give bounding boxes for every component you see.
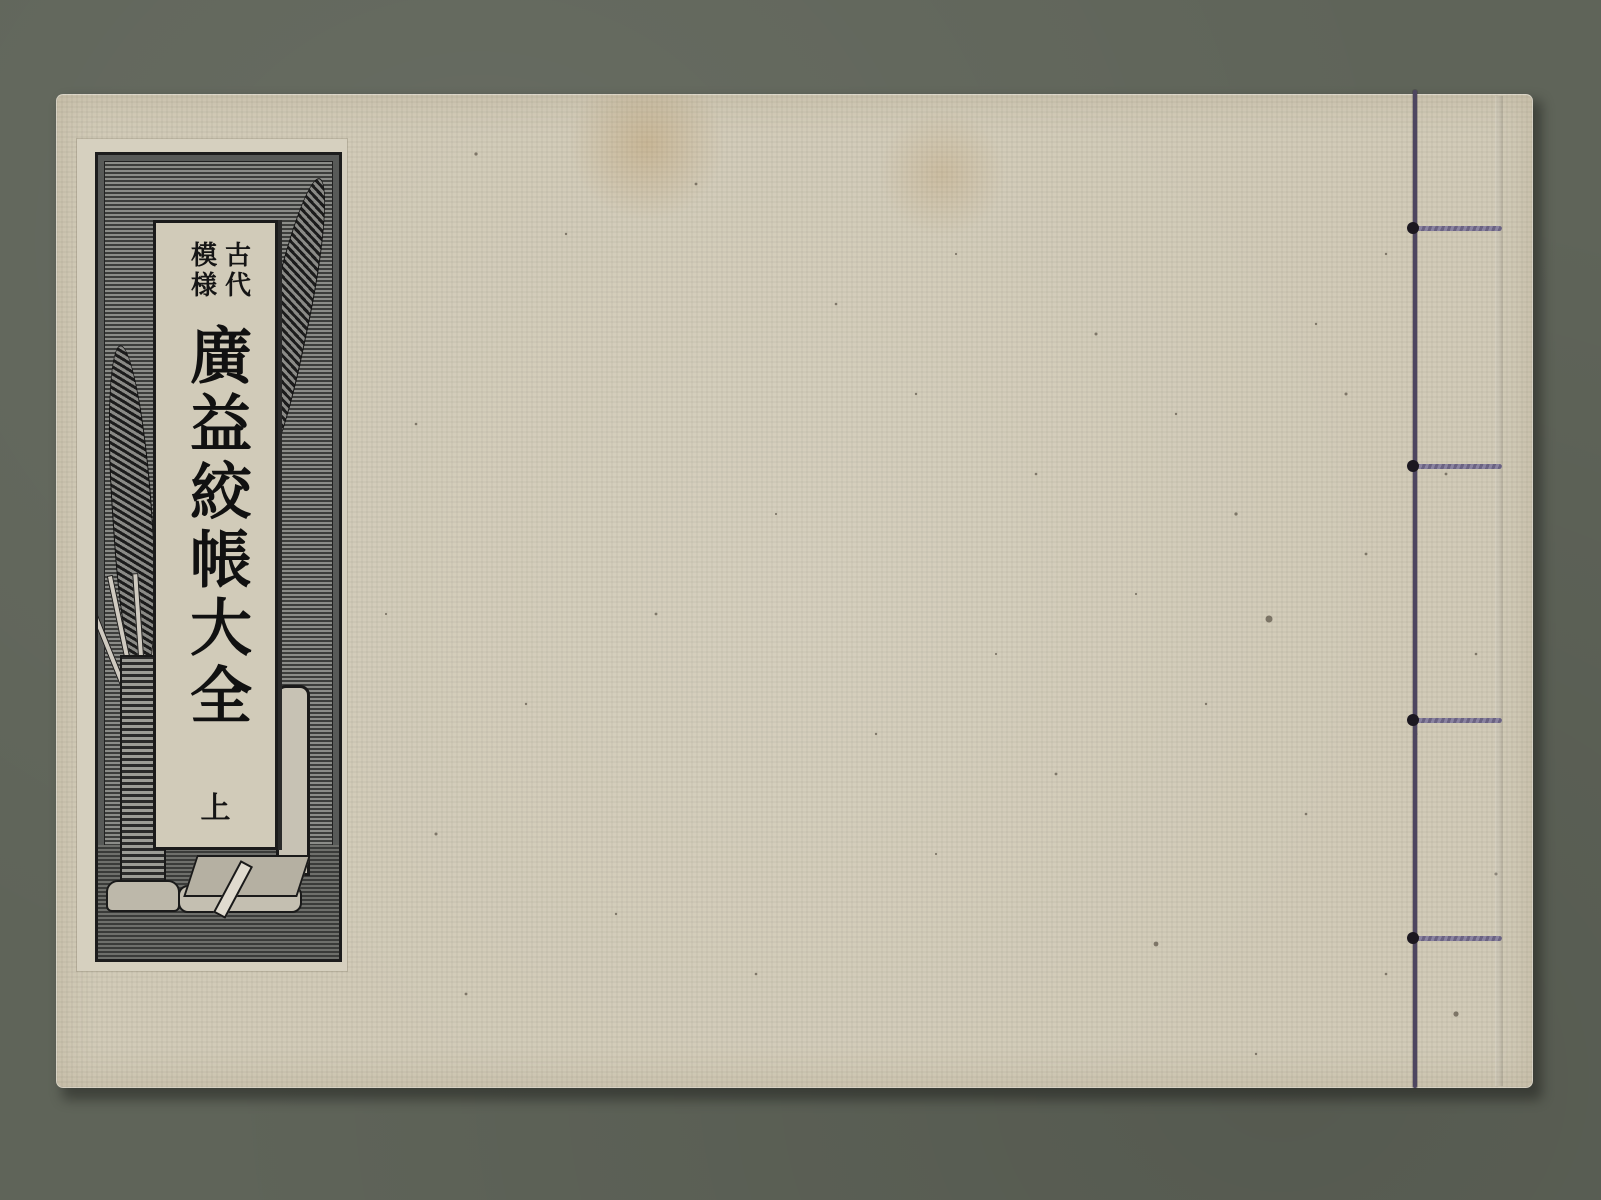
binding-stitch-4: [1410, 936, 1502, 941]
title-cartouche: 古代 模様 廣益絞帳大全 上: [153, 220, 278, 850]
subtitle: 古代 模様: [176, 241, 261, 301]
binding-stitch-3: [1410, 718, 1502, 723]
subtitle-col-1: 古代: [223, 241, 249, 301]
volume-label: 上: [156, 783, 275, 827]
stitch-knot-3: [1407, 714, 1419, 726]
stitch-knot-4: [1407, 932, 1419, 944]
main-title: 廣益絞帳大全: [185, 323, 247, 731]
title-label: 古代 模様 廣益絞帳大全 上: [95, 152, 342, 962]
binding-stitch-1: [1410, 226, 1502, 231]
binding-stitch-2: [1410, 464, 1502, 469]
subtitle-col-2: 模様: [189, 241, 215, 301]
brush-pot-stand-icon: [106, 880, 180, 912]
stitch-knot-1: [1407, 222, 1419, 234]
screen-frame-icon: [276, 685, 310, 876]
stitch-knot-2: [1407, 460, 1419, 472]
